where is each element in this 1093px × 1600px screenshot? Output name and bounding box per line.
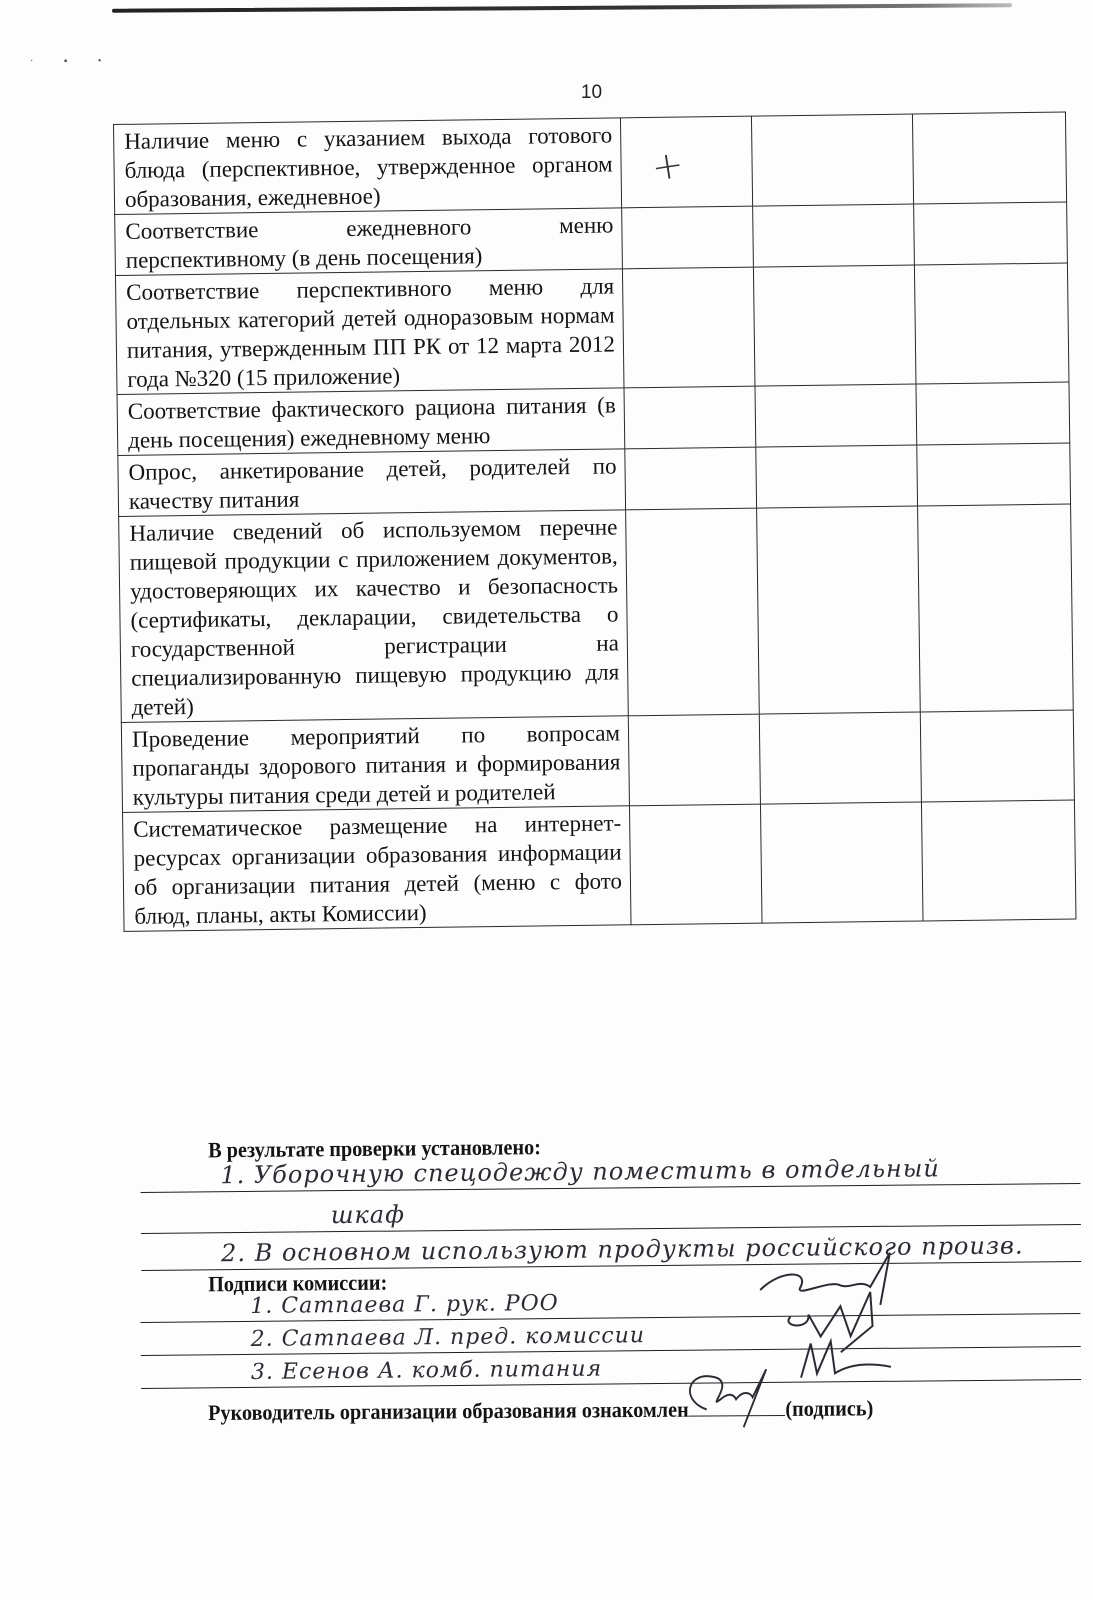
scan-specks: · ▪ • [30, 56, 115, 67]
criteria-row: Проведение мероприятий по вопросам пропа… [121, 710, 1074, 812]
criterion-text: Систематическое размещение на интернет-р… [123, 806, 632, 932]
mark-cell-3[interactable] [918, 504, 1074, 712]
signatures-section: Подписи комиссии: 1. Сатпаева Г. рук. РО… [140, 1263, 1081, 1389]
mark-cell-2[interactable] [760, 802, 923, 923]
criteria-row: Соответствие перспективного меню для отд… [115, 263, 1068, 394]
mark-cell-2[interactable] [751, 114, 913, 206]
criteria-row: Наличие сведений об используемом перечне… [119, 504, 1074, 722]
criterion-text: Наличие сведений об используемом перечне… [119, 510, 629, 723]
top-edge-line [112, 3, 1012, 12]
mark-cell-3[interactable] [914, 263, 1069, 384]
mark-cell-1[interactable] [622, 267, 755, 388]
mark-cell-1[interactable] [624, 386, 756, 449]
mark-cell-2[interactable] [755, 384, 917, 447]
check-mark: + [648, 142, 686, 190]
mark-cell-3[interactable] [917, 443, 1071, 506]
mark-cell-1[interactable] [628, 714, 760, 806]
mark-cell-1[interactable] [629, 804, 762, 925]
criterion-text: Наличие меню с указанием выхода готового… [114, 118, 622, 215]
mark-cell-3[interactable] [916, 382, 1070, 445]
results-section: В результате проверки установлено: 1. Уб… [140, 1129, 1081, 1271]
mark-cell-1[interactable]: + [620, 116, 752, 208]
criteria-row: Систематическое размещение на интернет-р… [123, 800, 1076, 931]
mark-cell-2[interactable] [757, 506, 921, 714]
result-line-text: шкаф [331, 1200, 405, 1229]
mark-cell-3[interactable] [920, 710, 1074, 802]
criterion-text: Соответствие фактического рациона питани… [117, 388, 625, 456]
criterion-text: Проведение мероприятий по вопросам пропа… [121, 716, 629, 813]
signature-scribble-icon [791, 1333, 911, 1384]
director-signature-slot [689, 1397, 786, 1417]
signature-line-text: 1. Сатпаева Г. рук. РОО [250, 1291, 559, 1319]
mark-cell-1[interactable] [625, 447, 757, 510]
mark-cell-2[interactable] [753, 265, 916, 386]
mark-cell-3[interactable] [912, 112, 1066, 204]
mark-cell-2[interactable] [759, 712, 921, 804]
director-signature-icon [679, 1369, 781, 1430]
mark-cell-2[interactable] [753, 204, 915, 267]
criterion-text: Соответствие ежедневного меню перспектив… [115, 208, 623, 276]
mark-cell-3[interactable] [921, 800, 1076, 921]
mark-cell-3[interactable] [914, 202, 1068, 265]
signature-line-text: 3. Есенов А. комб. питания [251, 1357, 602, 1385]
page-number: 10 [0, 82, 1093, 104]
acknowledgement-line: Руководитель организации образования озн… [208, 1395, 873, 1426]
mark-cell-2[interactable] [756, 445, 918, 508]
criterion-text: Опрос, анкетирование детей, родителей по… [118, 449, 626, 517]
criteria-row: Наличие меню с указанием выхода готового… [114, 112, 1067, 214]
signature-line-text: 2. Сатпаева Л. пред. комиссии [251, 1323, 646, 1352]
mark-cell-1[interactable] [622, 206, 754, 269]
criteria-table-wrapper: Наличие меню с указанием выхода готового… [113, 112, 1063, 932]
result-line-text: 1. Уборочную спецодежду поместить в отде… [220, 1154, 940, 1189]
mark-cell-1[interactable] [626, 508, 760, 716]
criteria-table: Наличие меню с указанием выхода готового… [113, 112, 1076, 932]
acknowledgement-text: Руководитель организации образования озн… [208, 1397, 689, 1425]
signature-caption: (подпись) [785, 1395, 873, 1421]
criterion-text: Соответствие перспективного меню для отд… [115, 269, 624, 395]
